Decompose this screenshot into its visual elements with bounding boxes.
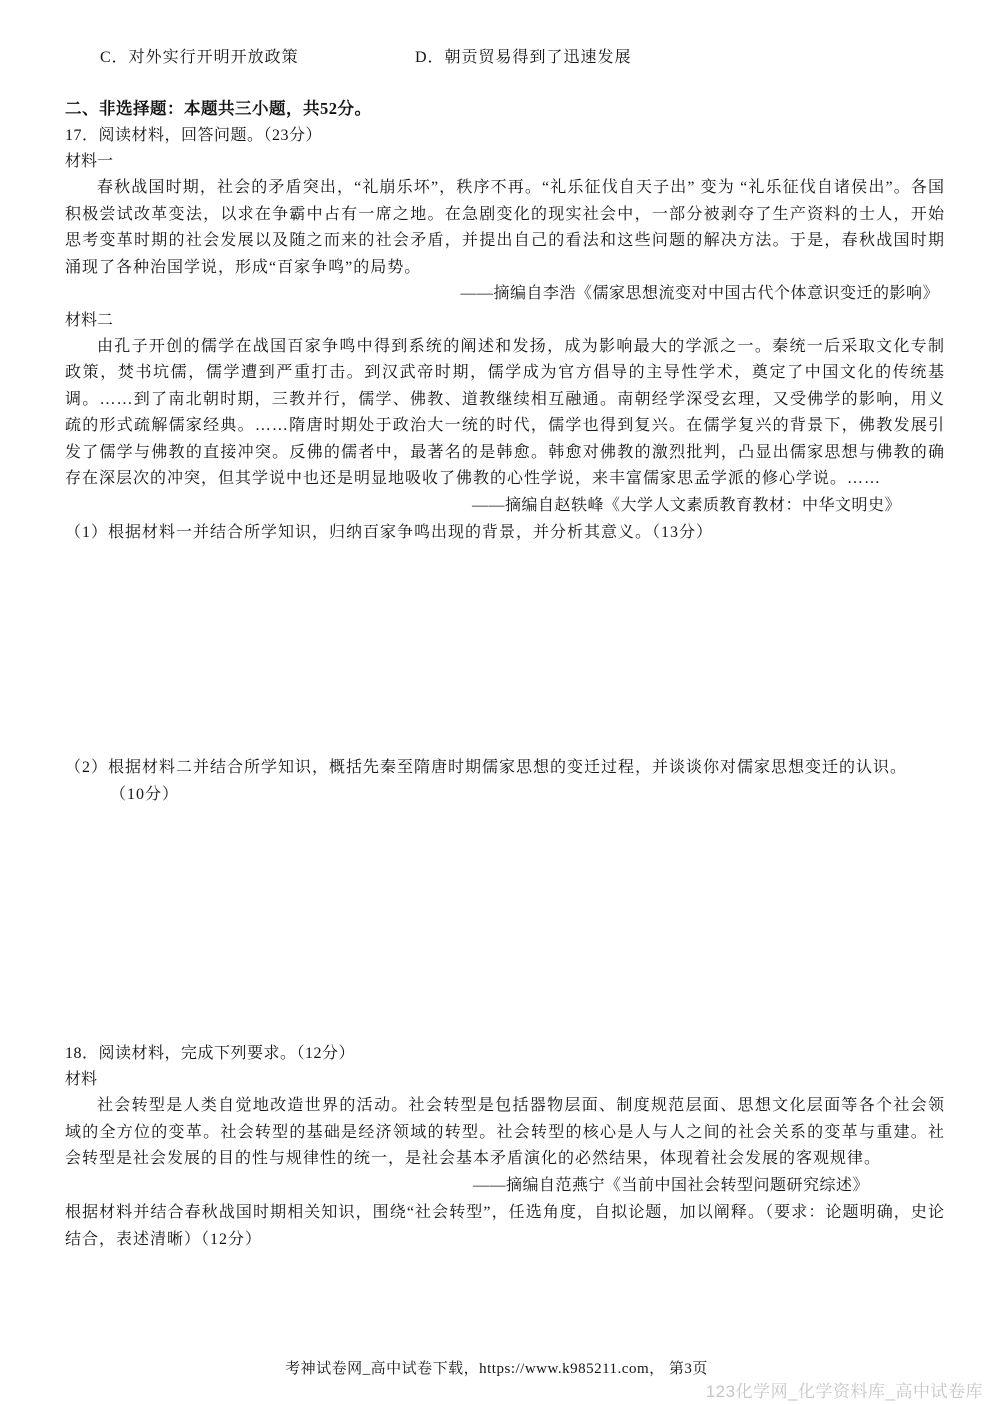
- section-2-header: 二、非选择题：本题共三小题，共52分。: [65, 96, 945, 122]
- option-c: C．对外实行开明开放政策: [100, 46, 415, 70]
- material-1-label: 材料一: [65, 149, 945, 175]
- material-18-source: ——摘编自范燕宁《当前中国社会转型问题研究综述》: [65, 1173, 945, 1200]
- material-18-label: 材料: [65, 1067, 945, 1093]
- material-1-source: ——摘编自李浩《儒家思想流变对中国古代个体意识变迁的影响》: [65, 281, 945, 308]
- page-footer: 考神试卷网_高中试卷下载，https://www.k985211.com， 第3…: [0, 1357, 993, 1378]
- footer-page-number: ， 第3页: [649, 1361, 708, 1377]
- material-2-label: 材料二: [65, 308, 945, 334]
- footer-link[interactable]: https://www.k985211.com: [479, 1361, 649, 1377]
- material-1-text: 春秋战国时期，社会的矛盾突出，“礼崩乐坏”，秩序不再。“礼乐征伐自天子出” 变为…: [65, 175, 945, 281]
- material-18-text: 社会转型是人类自觉地改造世界的活动。社会转型是包括器物层面、制度规范层面、思想文…: [65, 1093, 945, 1173]
- question-17-sub-2-score: （10分）: [65, 781, 945, 808]
- question-17-stem: 17．阅读材料，回答问题。（23分）: [65, 122, 945, 149]
- material-2-source: ——摘编自赵轶峰《大学人文素质教育教材：中华文明史》: [65, 493, 945, 520]
- answer-space-q17-1: [65, 546, 945, 754]
- watermark-text: 123化学网_化学资料库_高中试卷库: [706, 1377, 983, 1402]
- question-18-stem: 18．阅读材料，完成下列要求。（12分）: [65, 1040, 945, 1067]
- question-17-sub-2: （2）根据材料二并结合所学知识，概括先秦至隋唐时期儒家思想的变迁过程，并谈谈你对…: [65, 754, 945, 781]
- question-17-sub-1: （1）根据材料一并结合所学知识，归纳百家争鸣出现的背景，并分析其意义。（13分）: [65, 519, 945, 546]
- option-d: D．朝贡贸易得到了迅速发展: [415, 46, 632, 70]
- question-18-requirement: 根据材料并结合春秋战国时期相关知识，围绕“社会转型”，任选角度，自拟论题，加以阐…: [65, 1199, 945, 1253]
- footer-site-text: 考神试卷网_高中试卷下载，: [285, 1361, 479, 1377]
- answer-space-q17-2: [65, 808, 945, 1040]
- material-2-text: 由孔子开创的儒学在战国百家争鸣中得到系统的阐述和发扬，成为影响最大的学派之一。秦…: [65, 334, 945, 493]
- mcq-options-row: C．对外实行开明开放政策 D．朝贡贸易得到了迅速发展: [100, 46, 945, 70]
- exam-page: C．对外实行开明开放政策 D．朝贡贸易得到了迅速发展 二、非选择题：本题共三小题…: [0, 0, 993, 1404]
